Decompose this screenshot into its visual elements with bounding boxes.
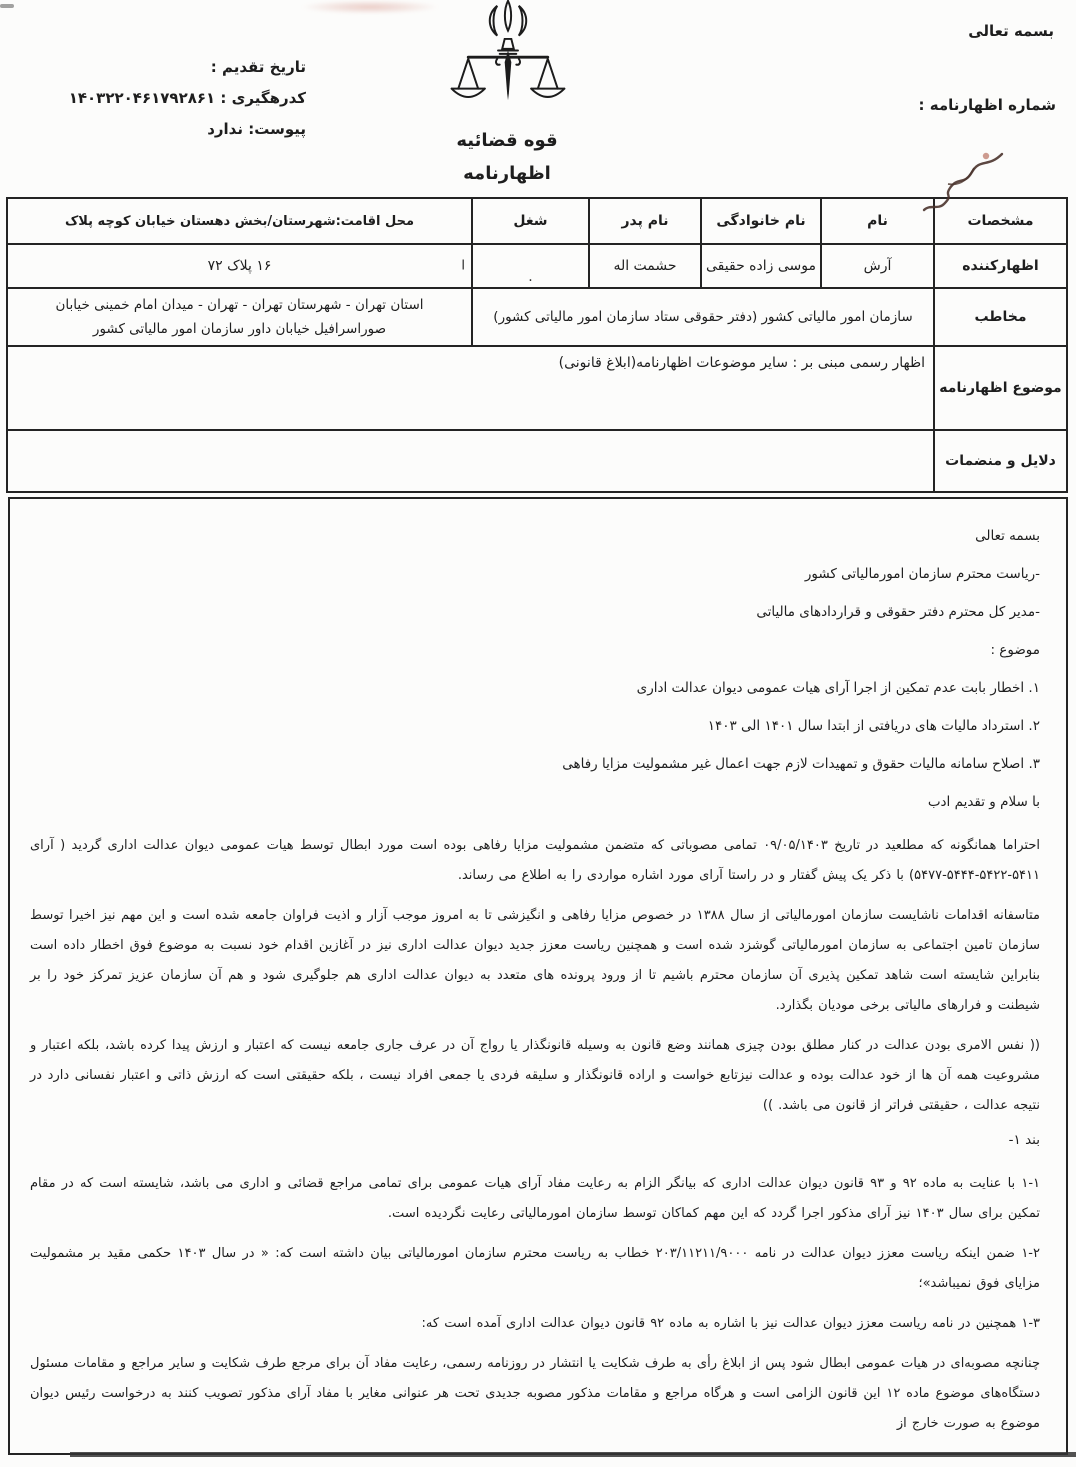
addressee-name: سازمان امور مالیاتی کشور (دفتر حقوقی ستا… [472, 288, 934, 346]
letter-addressee-1: -ریاست محترم سازمان امورمالیاتی کشور [30, 565, 1040, 584]
subject-row: موضوع اظهارنامه اظهار رسمی مبنی بر : سای… [7, 346, 1067, 430]
statement-number-label: شماره اظهارنامه : [919, 96, 1056, 114]
judiciary-scales-emblem-icon [450, 0, 566, 122]
subject-item-1: ۱. اخطار بابت عدم تمکین از اجرا آرای هیا… [30, 679, 1040, 698]
evidence-row-label: دلایل و منضمات [934, 430, 1067, 492]
declarant-occupation: . [472, 244, 589, 288]
handwritten-scribble [912, 146, 1012, 216]
declarant-row: اظهارکننده آرش موسی زاده حقیقی حشمت اله … [7, 244, 1067, 288]
declarant-last-name: موسی زاده حقیقی [701, 244, 821, 288]
letter-salutation: با سلام و تقدیم ادب [30, 793, 1040, 812]
clause-heading: بند ۱- [30, 1131, 1040, 1150]
addressee-residence: استان تهران - شهرستان تهران - تهران - می… [7, 288, 472, 346]
letter-paragraph-1: احتراما همانگونه که مطلعید در تاریخ ۰۹/۰… [30, 831, 1040, 891]
subject-item-2: ۲. استرداد مالیات های دریافتی از ابتدا س… [30, 717, 1040, 736]
residence-mark: ا [461, 259, 465, 274]
declarant-residence: ۱۶ پلاک ۷۲ [208, 258, 272, 274]
letter-subject-label: موضوع : [30, 641, 1040, 660]
scan-edge-mark [0, 4, 14, 8]
declarant-row-label: اظهارکننده [934, 244, 1067, 288]
subject-value: اظهار رسمی مبنی بر : سایر موضوعات اظهارن… [7, 346, 934, 430]
subject-row-label: موضوع اظهارنامه [934, 346, 1067, 430]
subject-item-3: ۳. اصلاح سامانه مالیات حقوق و تمهیدات لا… [30, 755, 1040, 774]
addressee-row: مخاطب سازمان امور مالیاتی کشور (دفتر حقو… [7, 288, 1067, 346]
form-title: اظهارنامه [402, 163, 612, 184]
declarant-residence-cell: ا ۱۶ پلاک ۷۲ [7, 244, 472, 288]
col-header-last-name: نام خانوادگی [701, 198, 821, 244]
letter-bismillah: بسمه تعالی [30, 527, 1040, 546]
col-header-occupation: شغل [472, 198, 589, 244]
judiciary-title: قوه قضائیه [402, 130, 612, 151]
clause-1-3: ۱-۳ همچنین در نامه ریاست معزز دیوان عدال… [30, 1309, 1040, 1339]
header-left-block: تاریخ تقدیم : کدرهگیری : ۱۴۰۳۲۲۰۴۶۱۷۹۲۸۶… [28, 58, 306, 151]
table-header-row: مشخصات نام نام خانوادگی نام پدر شغل محل … [7, 198, 1067, 244]
evidence-row: دلایل و منضمات [7, 430, 1067, 492]
letter-paragraph-3: (( نفس الامری بودن عدالت در کنار مطلق بو… [30, 1031, 1040, 1121]
scan-smudge [300, 0, 440, 14]
bismillah-top-right: بسمه تعالی [968, 22, 1054, 40]
declarant-first-name: آرش [821, 244, 934, 288]
col-header-residence: محل اقامت:شهرستان/بخش دهستان خیابان کوچه… [7, 198, 472, 244]
scanned-declaration-page: بسمه تعالی شماره اظهارنامه : تاریخ تقدیم… [0, 0, 1076, 1467]
letter-body: بسمه تعالی -ریاست محترم سازمان امورمالیا… [8, 497, 1068, 1455]
col-header-father-name: نام پدر [589, 198, 701, 244]
letter-paragraph-2: متاسفانه اقدامات ناشایست سازمان امورمالی… [30, 901, 1040, 1021]
clause-1-1: ۱-۱ با عنایت به ماده ۹۲ و ۹۳ قانون دیوان… [30, 1169, 1040, 1229]
submission-date-label: تاریخ تقدیم : [28, 58, 306, 76]
quoted-law-text: چنانچه مصوبه‌ای در هیات عمومی ابطال شود … [30, 1349, 1040, 1439]
addressee-row-label: مخاطب [934, 288, 1067, 346]
declarant-father-name: حشمت اله [589, 244, 701, 288]
scan-bottom-edge [70, 1452, 1076, 1457]
declaration-info-table: مشخصات نام نام خانوادگی نام پدر شغل محل … [6, 197, 1068, 493]
evidence-value [7, 430, 934, 492]
tracking-code-line: کدرهگیری : ۱۴۰۳۲۲۰۴۶۱۷۹۲۸۶۱ [28, 89, 306, 107]
attachment-note: پیوست: ندارد [28, 120, 306, 138]
letter-addressee-2: -مدیر کل محترم دفتر حقوقی و قراردادهای م… [30, 603, 1040, 622]
clause-1-2: ۱-۲ ضمن اینکه ریاست معزز دیوان عدالت در … [30, 1239, 1040, 1299]
